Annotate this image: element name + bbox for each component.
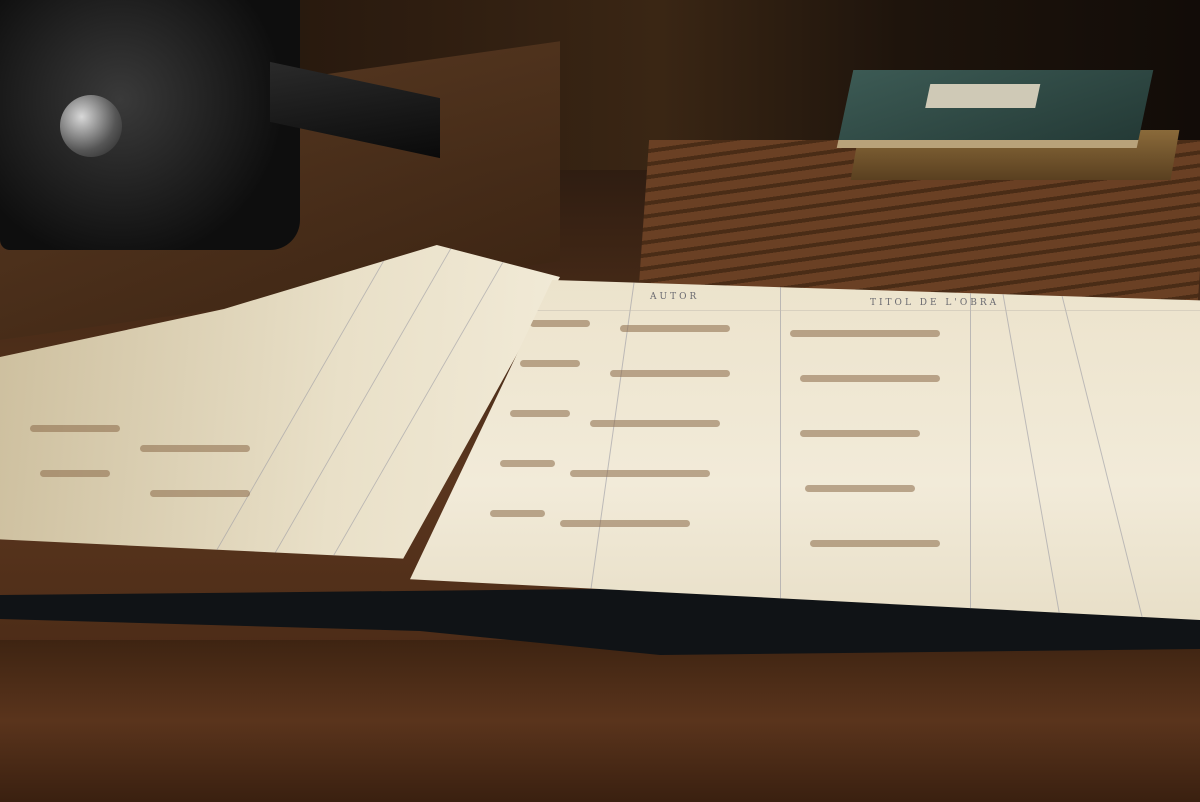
handwriting [40, 470, 110, 477]
column-rule [1000, 280, 1061, 620]
handwriting [530, 320, 590, 327]
column-rule [780, 280, 781, 620]
book-label [925, 84, 1040, 108]
handwriting [620, 325, 730, 332]
handwriting [570, 470, 710, 477]
typewriter [0, 0, 440, 260]
desk-scene: AUTOR TITOL DE L'OBRA [0, 0, 1200, 802]
handwriting [800, 375, 940, 382]
column-rule [1058, 280, 1144, 620]
handwriting [500, 460, 555, 467]
column-rule [208, 245, 394, 565]
handwriting [590, 420, 720, 427]
handwriting [150, 490, 250, 497]
handwriting [510, 410, 570, 417]
ledger-right-page: AUTOR TITOL DE L'OBRA [410, 280, 1200, 620]
book-stack [845, 70, 1175, 190]
typewriter-knob [60, 95, 122, 157]
book-top [837, 70, 1154, 148]
handwriting [490, 510, 545, 517]
column-rule [268, 245, 454, 565]
handwriting [800, 430, 920, 437]
handwriting [805, 485, 915, 492]
handwriting [560, 520, 690, 527]
handwriting [30, 425, 120, 432]
handwriting [790, 330, 940, 337]
typewriter-body [0, 0, 300, 250]
handwriting [610, 370, 730, 377]
column-header-author: AUTOR [650, 292, 699, 302]
column-rule [970, 280, 971, 620]
handwriting [520, 360, 580, 367]
column-header-title: TITOL DE L'OBRA [870, 298, 999, 308]
ledger-book: AUTOR TITOL DE L'OBRA [0, 245, 1200, 665]
handwriting [140, 445, 250, 452]
handwriting [810, 540, 940, 547]
